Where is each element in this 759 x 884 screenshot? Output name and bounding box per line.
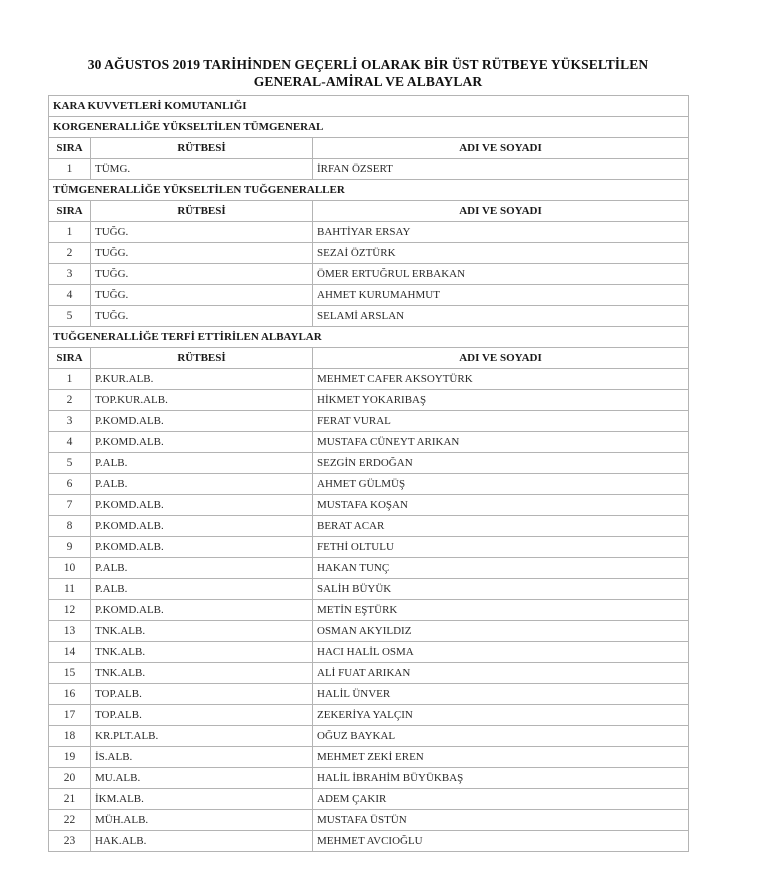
- column-header-sira: SIRA: [49, 201, 91, 222]
- table-row: 17 TOP.ALB. ZEKERİYA YALÇIN: [49, 705, 689, 726]
- row-rank: P.ALB.: [91, 453, 313, 474]
- row-rank: TOP.ALB.: [91, 705, 313, 726]
- table-row: 12 P.KOMD.ALB. METİN EŞTÜRK: [49, 600, 689, 621]
- row-name: ALİ FUAT ARIKAN: [313, 663, 689, 684]
- row-rank: MÜH.ALB.: [91, 810, 313, 831]
- row-sira: 1: [49, 159, 91, 180]
- table-row: 23 HAK.ALB. MEHMET AVCIOĞLU: [49, 831, 689, 852]
- row-sira: 11: [49, 579, 91, 600]
- row-rank: TNK.ALB.: [91, 621, 313, 642]
- table-row: 4 TUĞG. AHMET KURUMAHMUT: [49, 285, 689, 306]
- row-name: MEHMET AVCIOĞLU: [313, 831, 689, 852]
- promotion-table-body: KARA KUVVETLERİ KOMUTANLIĞI KORGENERALLİ…: [49, 96, 689, 852]
- row-name: SALİH BÜYÜK: [313, 579, 689, 600]
- column-header-rank: RÜTBESİ: [91, 138, 313, 159]
- row-rank: P.KOMD.ALB.: [91, 537, 313, 558]
- row-rank: MU.ALB.: [91, 768, 313, 789]
- row-name: HAKAN TUNÇ: [313, 558, 689, 579]
- row-sira: 19: [49, 747, 91, 768]
- row-rank: TUĞG.: [91, 306, 313, 327]
- row-sira: 14: [49, 642, 91, 663]
- table-row: 10 P.ALB. HAKAN TUNÇ: [49, 558, 689, 579]
- column-header-name: ADI VE SOYADI: [313, 201, 689, 222]
- row-rank: TNK.ALB.: [91, 663, 313, 684]
- row-sira: 10: [49, 558, 91, 579]
- row-sira: 3: [49, 264, 91, 285]
- row-rank: TOP.KUR.ALB.: [91, 390, 313, 411]
- table-row: 6 P.ALB. AHMET GÜLMÜŞ: [49, 474, 689, 495]
- row-sira: 1: [49, 222, 91, 243]
- row-sira: 20: [49, 768, 91, 789]
- row-rank: TOP.ALB.: [91, 684, 313, 705]
- table-row: 1 P.KUR.ALB. MEHMET CAFER AKSOYTÜRK: [49, 369, 689, 390]
- column-header-sira: SIRA: [49, 138, 91, 159]
- column-header-row: SIRA RÜTBESİ ADI VE SOYADI: [49, 348, 689, 369]
- row-sira: 2: [49, 243, 91, 264]
- row-rank: TUĞG.: [91, 264, 313, 285]
- table-row: 15 TNK.ALB. ALİ FUAT ARIKAN: [49, 663, 689, 684]
- row-rank: P.KOMD.ALB.: [91, 411, 313, 432]
- row-name: MEHMET CAFER AKSOYTÜRK: [313, 369, 689, 390]
- row-sira: 21: [49, 789, 91, 810]
- row-name: HALİL ÜNVER: [313, 684, 689, 705]
- row-sira: 4: [49, 285, 91, 306]
- table-row: 11 P.ALB. SALİH BÜYÜK: [49, 579, 689, 600]
- table-row: 4 P.KOMD.ALB. MUSTAFA CÜNEYT ARIKAN: [49, 432, 689, 453]
- row-rank: P.KOMD.ALB.: [91, 516, 313, 537]
- row-rank: KR.PLT.ALB.: [91, 726, 313, 747]
- table-row: 3 TUĞG. ÖMER ERTUĞRUL ERBAKAN: [49, 264, 689, 285]
- table-row: 9 P.KOMD.ALB. FETHİ OLTULU: [49, 537, 689, 558]
- row-sira: 2: [49, 390, 91, 411]
- table-row: 21 İKM.ALB. ADEM ÇAKIR: [49, 789, 689, 810]
- row-sira: 6: [49, 474, 91, 495]
- table-row: 8 P.KOMD.ALB. BERAT ACAR: [49, 516, 689, 537]
- section-title: KORGENERALLİĞE YÜKSELTİLEN TÜMGENERAL: [49, 117, 689, 138]
- row-rank: P.KOMD.ALB.: [91, 495, 313, 516]
- row-name: AHMET KURUMAHMUT: [313, 285, 689, 306]
- column-header-rank: RÜTBESİ: [91, 348, 313, 369]
- row-rank: İKM.ALB.: [91, 789, 313, 810]
- row-sira: 1: [49, 369, 91, 390]
- table-row: 14 TNK.ALB. HACI HALİL OSMA: [49, 642, 689, 663]
- row-rank: TUĞG.: [91, 243, 313, 264]
- row-rank: P.KOMD.ALB.: [91, 600, 313, 621]
- table-row: 5 P.ALB. SEZGİN ERDOĞAN: [49, 453, 689, 474]
- row-name: FETHİ OLTULU: [313, 537, 689, 558]
- row-rank: İS.ALB.: [91, 747, 313, 768]
- command-name: KARA KUVVETLERİ KOMUTANLIĞI: [49, 96, 689, 117]
- table-row: 2 TOP.KUR.ALB. HİKMET YOKARIBAŞ: [49, 390, 689, 411]
- table-row: 22 MÜH.ALB. MUSTAFA ÜSTÜN: [49, 810, 689, 831]
- row-sira: 8: [49, 516, 91, 537]
- table-row: 5 TUĞG. SELAMİ ARSLAN: [49, 306, 689, 327]
- row-rank: P.KUR.ALB.: [91, 369, 313, 390]
- row-sira: 5: [49, 306, 91, 327]
- row-sira: 7: [49, 495, 91, 516]
- row-sira: 13: [49, 621, 91, 642]
- row-sira: 5: [49, 453, 91, 474]
- row-sira: 4: [49, 432, 91, 453]
- row-rank: TÜMG.: [91, 159, 313, 180]
- table-row: 1 TUĞG. BAHTİYAR ERSAY: [49, 222, 689, 243]
- row-rank: HAK.ALB.: [91, 831, 313, 852]
- row-sira: 22: [49, 810, 91, 831]
- row-sira: 18: [49, 726, 91, 747]
- title-line-1: 30 AĞUSTOS 2019 TARİHİNDEN GEÇERLİ OLARA…: [0, 56, 736, 73]
- column-header-rank: RÜTBESİ: [91, 201, 313, 222]
- row-name: MUSTAFA KOŞAN: [313, 495, 689, 516]
- row-sira: 9: [49, 537, 91, 558]
- row-rank: TUĞG.: [91, 222, 313, 243]
- section-title-row: TUĞGENERALLİĞE TERFİ ETTİRİLEN ALBAYLAR: [49, 327, 689, 348]
- command-row: KARA KUVVETLERİ KOMUTANLIĞI: [49, 96, 689, 117]
- table-row: 13 TNK.ALB. OSMAN AKYILDIZ: [49, 621, 689, 642]
- row-rank: TUĞG.: [91, 285, 313, 306]
- row-name: SELAMİ ARSLAN: [313, 306, 689, 327]
- table-row: 7 P.KOMD.ALB. MUSTAFA KOŞAN: [49, 495, 689, 516]
- section-title-row: TÜMGENERALLİĞE YÜKSELTİLEN TUĞGENERALLER: [49, 180, 689, 201]
- row-sira: 16: [49, 684, 91, 705]
- table-row: 1 TÜMG. İRFAN ÖZSERT: [49, 159, 689, 180]
- table-row: 3 P.KOMD.ALB. FERAT VURAL: [49, 411, 689, 432]
- row-name: MUSTAFA CÜNEYT ARIKAN: [313, 432, 689, 453]
- table-row: 18 KR.PLT.ALB. OĞUZ BAYKAL: [49, 726, 689, 747]
- table-row: 2 TUĞG. SEZAİ ÖZTÜRK: [49, 243, 689, 264]
- row-rank: TNK.ALB.: [91, 642, 313, 663]
- document-title: 30 AĞUSTOS 2019 TARİHİNDEN GEÇERLİ OLARA…: [0, 56, 736, 90]
- row-name: BERAT ACAR: [313, 516, 689, 537]
- row-name: OĞUZ BAYKAL: [313, 726, 689, 747]
- row-name: OSMAN AKYILDIZ: [313, 621, 689, 642]
- row-name: AHMET GÜLMÜŞ: [313, 474, 689, 495]
- column-header-name: ADI VE SOYADI: [313, 138, 689, 159]
- row-sira: 17: [49, 705, 91, 726]
- row-name: MEHMET ZEKİ EREN: [313, 747, 689, 768]
- row-sira: 12: [49, 600, 91, 621]
- row-name: HACI HALİL OSMA: [313, 642, 689, 663]
- row-rank: P.ALB.: [91, 579, 313, 600]
- section-title: TÜMGENERALLİĞE YÜKSELTİLEN TUĞGENERALLER: [49, 180, 689, 201]
- section-title-row: KORGENERALLİĞE YÜKSELTİLEN TÜMGENERAL: [49, 117, 689, 138]
- row-name: SEZGİN ERDOĞAN: [313, 453, 689, 474]
- row-name: İRFAN ÖZSERT: [313, 159, 689, 180]
- row-rank: P.ALB.: [91, 474, 313, 495]
- section-title: TUĞGENERALLİĞE TERFİ ETTİRİLEN ALBAYLAR: [49, 327, 689, 348]
- table-row: 20 MU.ALB. HALİL İBRAHİM BÜYÜKBAŞ: [49, 768, 689, 789]
- column-header-sira: SIRA: [49, 348, 91, 369]
- row-name: MUSTAFA ÜSTÜN: [313, 810, 689, 831]
- row-name: ÖMER ERTUĞRUL ERBAKAN: [313, 264, 689, 285]
- title-line-2: GENERAL-AMİRAL VE ALBAYLAR: [0, 73, 736, 90]
- row-name: METİN EŞTÜRK: [313, 600, 689, 621]
- column-header-row: SIRA RÜTBESİ ADI VE SOYADI: [49, 201, 689, 222]
- row-rank: P.ALB.: [91, 558, 313, 579]
- row-name: HİKMET YOKARIBAŞ: [313, 390, 689, 411]
- row-name: FERAT VURAL: [313, 411, 689, 432]
- column-header-row: SIRA RÜTBESİ ADI VE SOYADI: [49, 138, 689, 159]
- column-header-name: ADI VE SOYADI: [313, 348, 689, 369]
- table-row: 16 TOP.ALB. HALİL ÜNVER: [49, 684, 689, 705]
- row-sira: 23: [49, 831, 91, 852]
- table-row: 19 İS.ALB. MEHMET ZEKİ EREN: [49, 747, 689, 768]
- row-name: BAHTİYAR ERSAY: [313, 222, 689, 243]
- row-name: SEZAİ ÖZTÜRK: [313, 243, 689, 264]
- promotion-table: KARA KUVVETLERİ KOMUTANLIĞI KORGENERALLİ…: [48, 95, 689, 852]
- row-name: ADEM ÇAKIR: [313, 789, 689, 810]
- row-name: HALİL İBRAHİM BÜYÜKBAŞ: [313, 768, 689, 789]
- row-sira: 15: [49, 663, 91, 684]
- row-name: ZEKERİYA YALÇIN: [313, 705, 689, 726]
- row-sira: 3: [49, 411, 91, 432]
- row-rank: P.KOMD.ALB.: [91, 432, 313, 453]
